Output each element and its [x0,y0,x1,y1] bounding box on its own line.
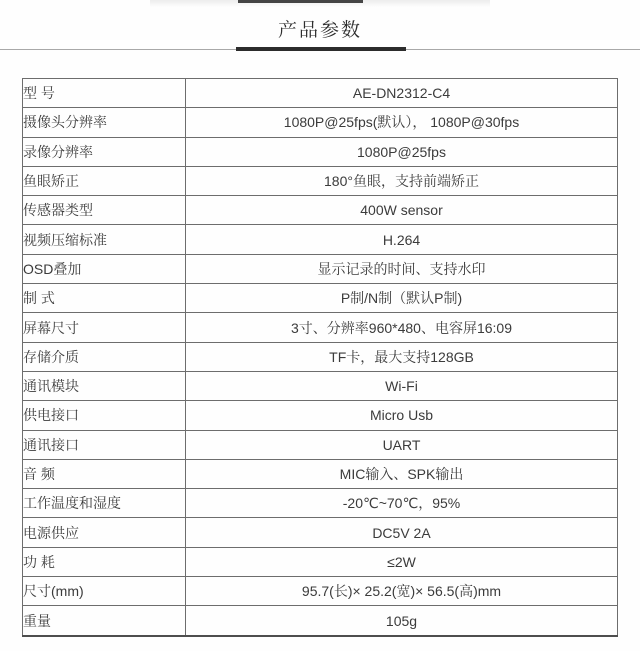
spec-name-cell: 尺寸(mm) [23,577,186,606]
table-row: 传感器类型 400W sensor [23,196,618,225]
table-row: 工作温度和湿度 -20℃~70℃，95% [23,489,618,518]
table-row: 供电接口 Micro Usb [23,401,618,430]
spec-value-cell: P制/N制（默认P制) [186,284,618,313]
spec-value-cell: 95.7(长)× 25.2(宽)× 56.5(高)mm [186,577,618,606]
spec-value-cell: 1080P@25fps(默认）， 1080P@30fps [186,108,618,137]
spec-name-cell: 重量 [23,606,186,636]
spec-name-cell: 视频压缩标准 [23,225,186,254]
spec-name-cell: 屏幕尺寸 [23,313,186,342]
spec-name-cell: 型 号 [23,79,186,108]
table-row: 电源供应 DC5V 2A [23,518,618,547]
spec-value-cell: UART [186,430,618,459]
table-row: 通讯模块 Wi-Fi [23,371,618,400]
spec-name-cell: 功 耗 [23,547,186,576]
spec-value-cell: MIC输入、SPK输出 [186,459,618,488]
table-row: 屏幕尺寸 3寸、分辨率960*480、电容屏16:09 [23,313,618,342]
spec-name-cell: 工作温度和湿度 [23,489,186,518]
table-row: 存储介质 TF卡，最大支持128GB [23,342,618,371]
spec-value-cell: 105g [186,606,618,636]
table-row: 型 号 AE-DN2312-C4 [23,79,618,108]
spec-value-cell: Micro Usb [186,401,618,430]
spec-name-cell: 制 式 [23,284,186,313]
table-row: 功 耗 ≤2W [23,547,618,576]
spec-value-cell: TF卡，最大支持128GB [186,342,618,371]
spec-value-cell: -20℃~70℃，95% [186,489,618,518]
spec-name-cell: 传感器类型 [23,196,186,225]
spec-name-cell: 录像分辨率 [23,137,186,166]
spec-table-container: 型 号 AE-DN2312-C4 摄像头分辨率 1080P@25fps(默认），… [22,78,618,637]
spec-value-cell: DC5V 2A [186,518,618,547]
spec-name-cell: 通讯模块 [23,371,186,400]
spec-value-cell: AE-DN2312-C4 [186,79,618,108]
table-row: 制 式 P制/N制（默认P制) [23,284,618,313]
spec-name-cell: 鱼眼矫正 [23,166,186,195]
table-row: 重量 105g [23,606,618,636]
spec-value-cell: 400W sensor [186,196,618,225]
table-row: 鱼眼矫正 180°鱼眼，支持前端矫正 [23,166,618,195]
spec-name-cell: 电源供应 [23,518,186,547]
table-row: 通讯接口 UART [23,430,618,459]
spec-value-cell: ≤2W [186,547,618,576]
top-cutoff-bar [238,0,363,3]
spec-value-cell: 180°鱼眼，支持前端矫正 [186,166,618,195]
spec-value-cell: Wi-Fi [186,371,618,400]
table-row: OSD叠加 显示记录的时间、支持水印 [23,254,618,283]
spec-name-cell: 供电接口 [23,401,186,430]
spec-value-cell: 3寸、分辨率960*480、电容屏16:09 [186,313,618,342]
title-underline-thick [236,47,406,51]
spec-name-cell: 音 频 [23,459,186,488]
page-title: 产品参数 [0,15,640,42]
table-row: 尺寸(mm) 95.7(长)× 25.2(宽)× 56.5(高)mm [23,577,618,606]
spec-name-cell: 通讯接口 [23,430,186,459]
spec-table: 型 号 AE-DN2312-C4 摄像头分辨率 1080P@25fps(默认），… [22,78,618,637]
table-row: 录像分辨率 1080P@25fps [23,137,618,166]
spec-name-cell: 摄像头分辨率 [23,108,186,137]
spec-value-cell: H.264 [186,225,618,254]
spec-value-cell: 1080P@25fps [186,137,618,166]
table-row: 视频压缩标准 H.264 [23,225,618,254]
table-row: 摄像头分辨率 1080P@25fps(默认）， 1080P@30fps [23,108,618,137]
spec-value-cell: 显示记录的时间、支持水印 [186,254,618,283]
spec-name-cell: 存储介质 [23,342,186,371]
table-row: 音 频 MIC输入、SPK输出 [23,459,618,488]
spec-name-cell: OSD叠加 [23,254,186,283]
